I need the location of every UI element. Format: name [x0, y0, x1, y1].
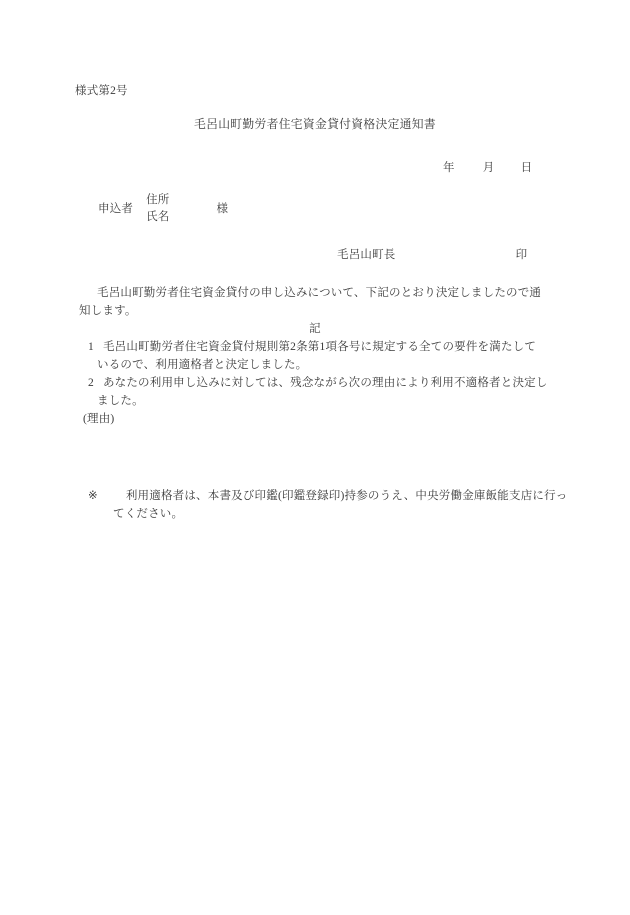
body-text: 毛呂山町勤労者住宅資金貸付の申し込みについて、下記のとおり決定しましたので通 知…: [0, 284, 630, 428]
date-day-label: 日: [521, 162, 533, 174]
list-item-1-line2: いるので、利用適格者と決定しました。: [0, 356, 630, 374]
issuer-line: 毛呂山町長 印: [337, 248, 527, 262]
list-item-1-text: 毛呂山町勤労者住宅資金貸付規則第2条第1項各号に規定する全ての要件を満たして: [103, 341, 536, 353]
list-item-2-line2: ました。: [0, 392, 630, 410]
reason-label: (理由): [0, 410, 630, 428]
date-line: 年 月 日: [443, 161, 532, 175]
footnote: ※利用適格者は、本書及び印鑑(印鑑登録印)持参のうえ、中央労働金庫飯能支店に行っ…: [0, 487, 630, 523]
applicant-honorific-label: 様: [217, 202, 229, 216]
footnote-text-line1: 利用適格者は、本書及び印鑑(印鑑登録印)持参のうえ、中央労働金庫飯能支店に行っ: [126, 490, 568, 502]
form-number-label: 様式第2号: [75, 84, 128, 98]
list-item-2-line1: 2あなたの利用申し込みに対しては、残念ながら次の理由により利用不適格者と決定し: [0, 374, 630, 392]
seal-placeholder-label: 印: [516, 249, 528, 261]
footnote-text-line2: てください。: [0, 505, 630, 523]
footnote-marker: ※: [88, 487, 98, 505]
footnote-line1: ※利用適格者は、本書及び印鑑(印鑑登録印)持参のうえ、中央労働金庫飯能支店に行っ: [0, 487, 630, 505]
date-year-label: 年: [443, 162, 455, 174]
applicant-name-label: 氏名: [146, 209, 169, 226]
list-item-1-number: 1: [88, 338, 94, 356]
intro-paragraph-line2: 知します。: [0, 302, 630, 320]
applicant-address-label: 住所: [146, 192, 169, 209]
applicant-address-name-labels: 住所 氏名: [146, 192, 169, 225]
issuer-title: 毛呂山町長: [337, 249, 396, 261]
date-month-label: 月: [483, 162, 495, 174]
ki-heading: 記: [0, 320, 630, 338]
applicant-block: 申込者 住所 氏名 様: [98, 192, 228, 225]
list-item-2-text: あなたの利用申し込みに対しては、残念ながら次の理由により利用不適格者と決定し: [103, 377, 548, 389]
document-page: 様式第2号 毛呂山町勤労者住宅資金貸付資格決定通知書 年 月 日 申込者 住所 …: [0, 0, 630, 915]
list-item-2-number: 2: [88, 374, 94, 392]
intro-paragraph-line1: 毛呂山町勤労者住宅資金貸付の申し込みについて、下記のとおり決定しましたので通: [0, 284, 630, 302]
list-item-1-line1: 1毛呂山町勤労者住宅資金貸付規則第2条第1項各号に規定する全ての要件を満たして: [0, 338, 630, 356]
document-title: 毛呂山町勤労者住宅資金貸付資格決定通知書: [0, 117, 630, 131]
applicant-label: 申込者: [98, 202, 133, 216]
